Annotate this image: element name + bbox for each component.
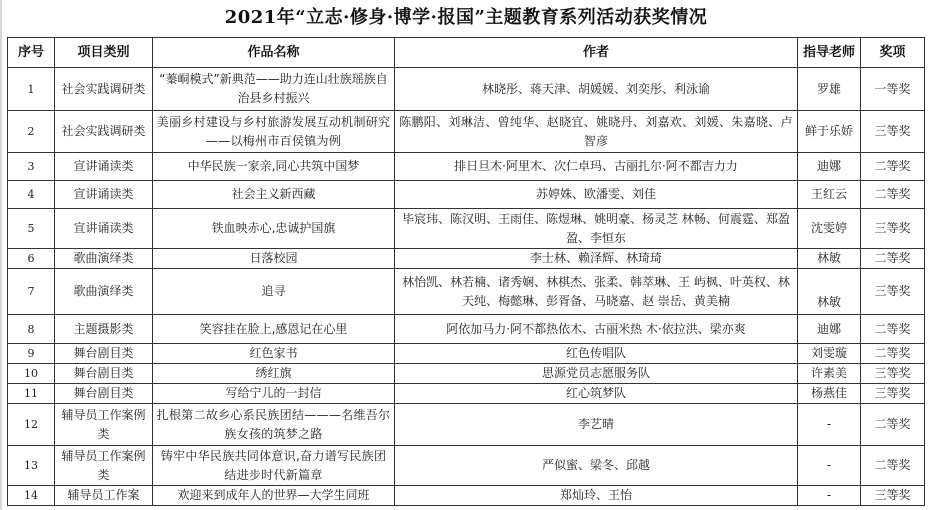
cell-award: 三等奖 xyxy=(861,209,925,249)
cell-category: 辅导员工作案例类 xyxy=(55,446,153,486)
cell-work: 红色家书 xyxy=(153,344,395,364)
cell-teacher: 林敏 xyxy=(798,249,861,269)
cell-award: 二等奖 xyxy=(861,344,925,364)
cell-award: 二等奖 xyxy=(861,446,925,486)
cell-category: 歌曲演绎类 xyxy=(55,249,153,269)
cell-award: 二等奖 xyxy=(861,249,925,269)
cell-work: 欢迎来到成年人的世界—大学生同班 xyxy=(153,486,395,506)
cell-authors: 红心筑梦队 xyxy=(395,384,798,404)
cell-no: 13 xyxy=(8,446,55,486)
cell-award: 二等奖 xyxy=(861,404,925,446)
cell-no: 2 xyxy=(8,111,55,153)
cell-no: 5 xyxy=(8,209,55,249)
cell-work: 笑容挂在脸上,感恩记在心里 xyxy=(153,315,395,344)
cell-teacher: - xyxy=(798,486,861,506)
cell-category: 舞台剧目类 xyxy=(55,344,153,364)
cell-teacher: 迪娜 xyxy=(798,153,861,181)
cell-award: 三等奖 xyxy=(861,111,925,153)
cell-teacher: 鲜于乐娇 xyxy=(798,111,861,153)
cell-category: 主题摄影类 xyxy=(55,315,153,344)
cell-authors: 陈鹏阳、刘琳洁、曾纯华、赵晓宜、姚晓丹、刘嘉欢、刘媛、朱嘉晓、卢智彦 xyxy=(395,111,798,153)
cell-category: 社会实践调研类 xyxy=(55,68,153,111)
cell-no: 9 xyxy=(8,344,55,364)
cell-category: 舞台剧目类 xyxy=(55,384,153,404)
cell-award: 二等奖 xyxy=(861,181,925,209)
table-row: 11 舞台剧目类 写给宁儿的一封信 红心筑梦队 杨燕佳 三等奖 xyxy=(8,384,925,404)
cell-work: 日落校园 xyxy=(153,249,395,269)
cell-teacher: 迪娜 xyxy=(798,315,861,344)
cell-no: 14 xyxy=(8,486,55,506)
cell-award: 三等奖 xyxy=(861,269,925,315)
cell-category: 辅导员工作案 xyxy=(55,486,153,506)
cell-teacher: 沈雯婷 xyxy=(798,209,861,249)
cell-no: 3 xyxy=(8,153,55,181)
cell-no: 11 xyxy=(8,384,55,404)
table-row: 1 社会实践调研类 “蓁峒模式”新典范——助力连山壮族瑶族自治县乡村振兴 林晓彤… xyxy=(8,68,925,111)
table-row: 2 社会实践调研类 美丽乡村建设与乡村旅游发展互动机制研究——以梅州市百侯镇为例… xyxy=(8,111,925,153)
cell-no: 12 xyxy=(8,404,55,446)
table-row: 10 舞台剧目类 绣红旗 思源党员志愿服务队 许素美 三等奖 xyxy=(8,364,925,384)
table-row: 12 辅导员工作案例类 扎根第二故乡心系民族团结———名维吾尔族女孩的筑梦之路 … xyxy=(8,404,925,446)
table-row: 9 舞台剧目类 红色家书 红色传唱队 刘雯璇 二等奖 xyxy=(8,344,925,364)
cell-teacher: - xyxy=(798,446,861,486)
cell-work: 扎根第二故乡心系民族团结———名维吾尔族女孩的筑梦之路 xyxy=(153,404,395,446)
header-award: 奖项 xyxy=(861,38,925,68)
cell-teacher: 杨燕佳 xyxy=(798,384,861,404)
table-row: 7 歌曲演绎类 追寻 林怡凯、林若楠、诸秀娴、林棋杰、张柔、韩萃琳、王 屿枫、叶… xyxy=(8,269,925,315)
header-category: 项目类别 xyxy=(55,38,153,68)
cell-category: 歌曲演绎类 xyxy=(55,269,153,315)
cell-authors: 排日旦木·阿里木、次仁卓玛、古丽扎尔·阿不都吉力力 xyxy=(395,153,798,181)
cell-authors: 苏婷姝、欧潘雯、刘佳 xyxy=(395,181,798,209)
cell-teacher: 林敏 xyxy=(798,269,861,315)
cell-category: 宣讲诵读类 xyxy=(55,181,153,209)
cell-award: 三等奖 xyxy=(861,384,925,404)
cell-authors: 思源党员志愿服务队 xyxy=(395,364,798,384)
cell-authors: 严似蜜、梁冬、邱越 xyxy=(395,446,798,486)
cell-authors: 郑灿玲、王怡 xyxy=(395,486,798,506)
cell-authors: 李艺晴 xyxy=(395,404,798,446)
page-title: 2021年“立志·修身·博学·报国”主题教育系列活动获奖情况 xyxy=(0,4,932,32)
cell-category: 舞台剧目类 xyxy=(55,364,153,384)
cell-work: 铸牢中华民族共同体意识,奋力谱写民族团结进步时代新篇章 xyxy=(153,446,395,486)
table-row: 4 宣讲诵读类 社会主义新西藏 苏婷姝、欧潘雯、刘佳 王红云 二等奖 xyxy=(8,181,925,209)
cell-award: 三等奖 xyxy=(861,364,925,384)
cell-authors: 毕宸玮、陈汉明、王雨佳、陈煜琳、姚明豪、杨灵芝 林畅、何震霆、郑盈盈、李恒东 xyxy=(395,209,798,249)
header-no: 序号 xyxy=(8,38,55,68)
header-teacher: 指导老师 xyxy=(798,38,861,68)
cell-no: 10 xyxy=(8,364,55,384)
cell-category: 宣讲诵读类 xyxy=(55,209,153,249)
table-row: 14 辅导员工作案 欢迎来到成年人的世界—大学生同班 郑灿玲、王怡 - 三等奖 xyxy=(8,486,925,506)
table-row: 8 主题摄影类 笑容挂在脸上,感恩记在心里 阿依加马力·阿不都热依木、古丽米热 … xyxy=(8,315,925,344)
cell-teacher: 许素美 xyxy=(798,364,861,384)
cell-authors: 林晓彤、蒋天津、胡媛媛、刘奕彤、利泳谕 xyxy=(395,68,798,111)
cell-no: 6 xyxy=(8,249,55,269)
cell-work: 社会主义新西藏 xyxy=(153,181,395,209)
table-row: 3 宣讲诵读类 中华民族一家亲,同心共筑中国梦 排日旦木·阿里木、次仁卓玛、古丽… xyxy=(8,153,925,181)
table-row: 6 歌曲演绎类 日落校园 李士林、赖泽辉、林琦琦 林敏 二等奖 xyxy=(8,249,925,269)
cell-work: 中华民族一家亲,同心共筑中国梦 xyxy=(153,153,395,181)
cell-authors: 李士林、赖泽辉、林琦琦 xyxy=(395,249,798,269)
cell-work: 追寻 xyxy=(153,269,395,315)
cell-authors: 林怡凯、林若楠、诸秀娴、林棋杰、张柔、韩萃琳、王 屿枫、叶英权、林天纯、梅懿琳、… xyxy=(395,269,798,315)
cell-award: 二等奖 xyxy=(861,315,925,344)
cell-work: 写给宁儿的一封信 xyxy=(153,384,395,404)
cell-authors: 红色传唱队 xyxy=(395,344,798,364)
cell-teacher: - xyxy=(798,404,861,446)
cell-work: 铁血映赤心,忠诚护国旗 xyxy=(153,209,395,249)
header-authors: 作者 xyxy=(395,38,798,68)
cell-award: 一等奖 xyxy=(861,68,925,111)
cell-teacher: 王红云 xyxy=(798,181,861,209)
cell-category: 辅导员工作案例类 xyxy=(55,404,153,446)
cell-work: 美丽乡村建设与乡村旅游发展互动机制研究——以梅州市百侯镇为例 xyxy=(153,111,395,153)
cell-category: 宣讲诵读类 xyxy=(55,153,153,181)
cell-teacher: 刘雯璇 xyxy=(798,344,861,364)
cell-teacher: 罗雄 xyxy=(798,68,861,111)
cell-no: 7 xyxy=(8,269,55,315)
cell-no: 1 xyxy=(8,68,55,111)
cell-award: 三等奖 xyxy=(861,486,925,506)
page-edge xyxy=(0,0,2,510)
cell-work: “蓁峒模式”新典范——助力连山壮族瑶族自治县乡村振兴 xyxy=(153,68,395,111)
awards-table: 序号 项目类别 作品名称 作者 指导老师 奖项 1 社会实践调研类 “蓁峒模式”… xyxy=(7,37,925,506)
cell-category: 社会实践调研类 xyxy=(55,111,153,153)
table-row: 5 宣讲诵读类 铁血映赤心,忠诚护国旗 毕宸玮、陈汉明、王雨佳、陈煜琳、姚明豪、… xyxy=(8,209,925,249)
header-work: 作品名称 xyxy=(153,38,395,68)
cell-no: 4 xyxy=(8,181,55,209)
cell-award: 二等奖 xyxy=(861,153,925,181)
cell-work: 绣红旗 xyxy=(153,364,395,384)
cell-no: 8 xyxy=(8,315,55,344)
table-header-row: 序号 项目类别 作品名称 作者 指导老师 奖项 xyxy=(8,38,925,68)
table-row: 13 辅导员工作案例类 铸牢中华民族共同体意识,奋力谱写民族团结进步时代新篇章 … xyxy=(8,446,925,486)
cell-authors: 阿依加马力·阿不都热依木、古丽米热 木·依拉洪、梁亦爽 xyxy=(395,315,798,344)
